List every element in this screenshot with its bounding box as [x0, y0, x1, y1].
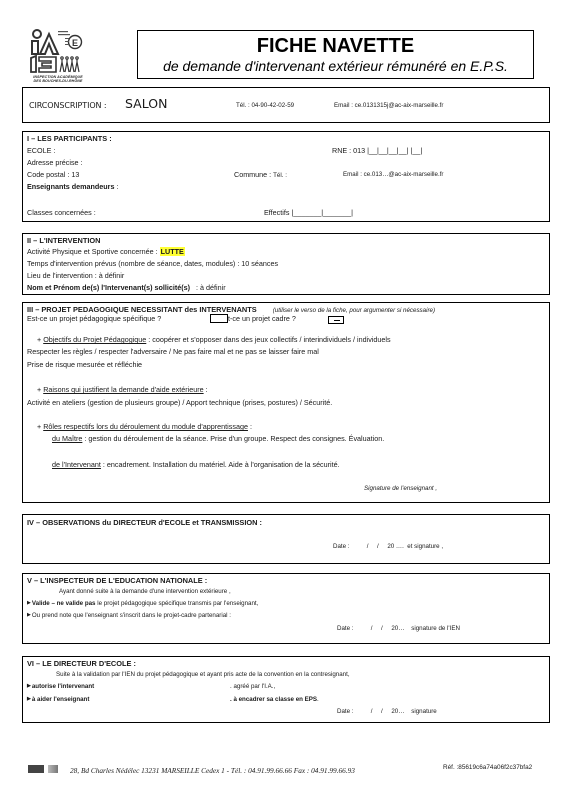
footer-address: 28, Bd Charles Nédélec 13231 MARSEILLE C…: [70, 766, 355, 775]
classes-label: Classes concernées :: [27, 208, 96, 217]
section-intervention-title: II – L'INTERVENTION: [27, 236, 100, 245]
logo-caption-line2: DES BOUCHES-DU-RHÔNE: [28, 80, 88, 84]
rne-field[interactable]: RNE : 013 |__|__|__|__| |__|: [332, 146, 422, 155]
ia13-logo-icon: E: [28, 28, 88, 76]
section-projet-title: III – PROJET PEDAGOGIQUE NECESSITANT des…: [27, 305, 257, 314]
autorise-intervenant: ▶autorise l'intervenant: [27, 683, 94, 691]
valide-option[interactable]: Valide – ne valide pas: [32, 600, 96, 607]
q-cadre: t-ce un projet cadre ?: [228, 314, 296, 323]
inspection-academique-logo: E INSPECTION ACADÉMIQUE DES BOUCHES-DU-R…: [28, 28, 88, 88]
directeur-date-signature: Date : / / 20… signature: [337, 708, 437, 716]
lieu-intervention: Lieu de l'intervention : à définir: [27, 271, 124, 280]
roles-suffix: :: [248, 422, 252, 431]
encadrer-suffix: .: [317, 696, 319, 703]
aider-enseignant: ▶à aider l'enseignant: [27, 696, 89, 704]
objectifs-line2: Respecter les règles / respecter l'adver…: [27, 347, 319, 356]
section-directeur-title: VI – LE DIRECTEUR D'ECOLE :: [27, 659, 136, 668]
cadre-checkbox[interactable]: [328, 315, 344, 324]
logo-caption: INSPECTION ACADÉMIQUE DES BOUCHES-DU-RHÔ…: [28, 76, 88, 84]
commune-field[interactable]: Commune : Tél. :: [234, 170, 287, 180]
section-inspecteur-title: V – L'INSPECTEUR DE L'EDUCATION NATIONAL…: [27, 576, 207, 585]
roles-label: Rôles respectifs lors du déroulement du …: [43, 422, 248, 431]
maitre-label: du Maître: [52, 434, 82, 443]
specifique-checkbox[interactable]: [210, 314, 228, 323]
q-specifique: Est-ce un projet pédagogique spécifique …: [27, 314, 161, 323]
triangle-bullet-icon: ▶: [27, 696, 31, 702]
ecole-label: ECOLE :: [27, 146, 55, 155]
observations-date-signature: Date : / / 20 …. et signature ,: [333, 543, 443, 551]
commune-label: Commune :: [234, 170, 273, 179]
aps-field[interactable]: Activité Physique et Sportive concernée …: [27, 247, 185, 256]
intervenant-label: de l'Intervenant: [52, 460, 101, 469]
section-inspecteur: V – L'INSPECTEUR DE L'EDUCATION NATIONAL…: [22, 573, 550, 644]
roles-line: + Rôles respectifs lors du déroulement d…: [37, 422, 252, 431]
enseignants-label: Enseignants demandeurs: [27, 182, 114, 191]
republique-logo-icon: [28, 765, 44, 773]
maitre-value: : gestion du déroulement de la séance. P…: [82, 434, 384, 443]
aider-text: à aider l'enseignant: [32, 696, 90, 703]
section-participants: I – LES PARTICIPANTS : ECOLE : RNE : 013…: [22, 131, 550, 222]
circonscription-label: CIRCONSCRIPTION :: [29, 101, 106, 111]
role-maitre: du Maître : gestion du déroulement de la…: [52, 434, 384, 443]
section-projet-note: (utiliser le verso de la fiche, pour arg…: [273, 307, 435, 314]
raisons-label: Raisons qui justifient la demande d'aide…: [43, 385, 203, 394]
encadrer-text: . à encadrer sa classe en EPS: [230, 696, 317, 703]
objectifs-label: Objectifs du Projet Pédagogique: [43, 335, 146, 344]
valide-rest: le projet pédagogique spécifique transmi…: [96, 600, 259, 607]
encadrer-classe: . à encadrer sa classe en EPS.: [230, 696, 319, 704]
adresse-label: Adresse précise :: [27, 158, 83, 167]
effectifs-field[interactable]: Effectifs |_______|_______|: [264, 208, 353, 217]
circonscription-box: CIRCONSCRIPTION : SALON Tél. : 04-90-42-…: [22, 87, 550, 123]
inspecteur-date-signature: Date : / / 20… signature de l'IEN: [337, 625, 460, 633]
raisons-value: Activité en ateliers (gestion de plusieu…: [27, 398, 332, 407]
section-projet-pedagogique: III – PROJET PEDAGOGIQUE NECESSITANT des…: [22, 302, 550, 503]
autorise-text: autorise l'intervenant: [32, 683, 94, 690]
circonscription-email: Email : ce.0131315j@ac-aix-marseille.fr: [334, 102, 443, 110]
inspecteur-validation[interactable]: ▶Valide – ne valide pas le projet pédago…: [27, 600, 258, 608]
svg-text:E: E: [72, 38, 78, 48]
triangle-bullet-icon: ▶: [27, 612, 31, 618]
aps-value-highlight: LUTTE: [160, 247, 185, 256]
agree-ia: . agréé par l'I.A.,: [230, 683, 275, 691]
circonscription-tel: Tél. : 04-90-42-02-59: [236, 102, 294, 110]
signature-enseignant: Signature de l'enseignant ,: [364, 485, 437, 493]
intervenant-name-label: Nom et Prénom de(s) l'Intervenant(s) sol…: [27, 283, 190, 292]
checkbox-cadre[interactable]: [328, 316, 344, 324]
code-postal-field[interactable]: Code postal : 13: [27, 170, 79, 179]
intervenant-name-value: : à définir: [190, 283, 226, 292]
aps-label: Activité Physique et Sportive concernée …: [27, 247, 160, 256]
directeur-line1: Suite à la validation par l'IEN du proje…: [56, 671, 350, 679]
title-box: FICHE NAVETTE de demande d'intervenant e…: [137, 30, 534, 79]
raisons-suffix: :: [204, 385, 208, 394]
checkbox-specifique[interactable]: [210, 314, 228, 323]
triangle-bullet-icon: ▶: [27, 683, 31, 689]
role-intervenant: de l'Intervenant : encadrement. Installa…: [52, 460, 340, 469]
triangle-bullet-icon: ▶: [27, 600, 31, 606]
footer-reference: Réf. :85619c6a74a06f2c37bfa2: [443, 764, 532, 772]
section-participants-title: I – LES PARTICIPANTS :: [27, 134, 112, 143]
school-email-field[interactable]: Email : ce.013…@ac-aix-marseille.fr: [343, 171, 444, 179]
tel-label: Tél. :: [273, 172, 287, 179]
enseignants-suffix: :: [114, 182, 118, 191]
intervenant-name-field[interactable]: Nom et Prénom de(s) l'Intervenant(s) sol…: [27, 283, 226, 292]
page-subtitle: de demande d'intervenant extérieur rémun…: [138, 59, 533, 74]
inspecteur-projet-cadre: ▶Ou prend note que l'enseignant s'inscri…: [27, 612, 231, 620]
temps-intervention: Temps d'intervention prévus (nombre de s…: [27, 259, 278, 268]
projet-cadre-text: Ou prend note que l'enseignant s'inscrit…: [32, 612, 231, 619]
raisons-line: + Raisons qui justifient la demande d'ai…: [37, 385, 208, 394]
section-directeur: VI – LE DIRECTEUR D'ECOLE : Suite à la v…: [22, 656, 550, 723]
objectifs-line3: Prise de risque mesurée et réfléchie: [27, 360, 142, 369]
enseignants-field[interactable]: Enseignants demandeurs :: [27, 182, 118, 191]
section-observations: IV – OBSERVATIONS du DIRECTEUR d'ECOLE e…: [22, 514, 550, 564]
section-observations-title: IV – OBSERVATIONS du DIRECTEUR d'ECOLE e…: [27, 518, 262, 527]
page-title: FICHE NAVETTE: [138, 36, 533, 56]
objectifs-line: + Objectifs du Projet Pédagogique : coop…: [37, 335, 391, 344]
flag-logo-icon: [48, 765, 58, 773]
section-intervention: II – L'INTERVENTION Activité Physique et…: [22, 233, 550, 295]
intervenant-value: : encadrement. Installation du matériel.…: [101, 460, 340, 469]
objectifs-value: : coopérer et s'opposer dans des jeux co…: [146, 335, 390, 344]
circonscription-value: SALON: [125, 96, 167, 112]
inspecteur-line1: Ayant donné suite à la demande d'une int…: [59, 588, 231, 596]
footer: 28, Bd Charles Nédélec 13231 MARSEILLE C…: [28, 763, 548, 781]
